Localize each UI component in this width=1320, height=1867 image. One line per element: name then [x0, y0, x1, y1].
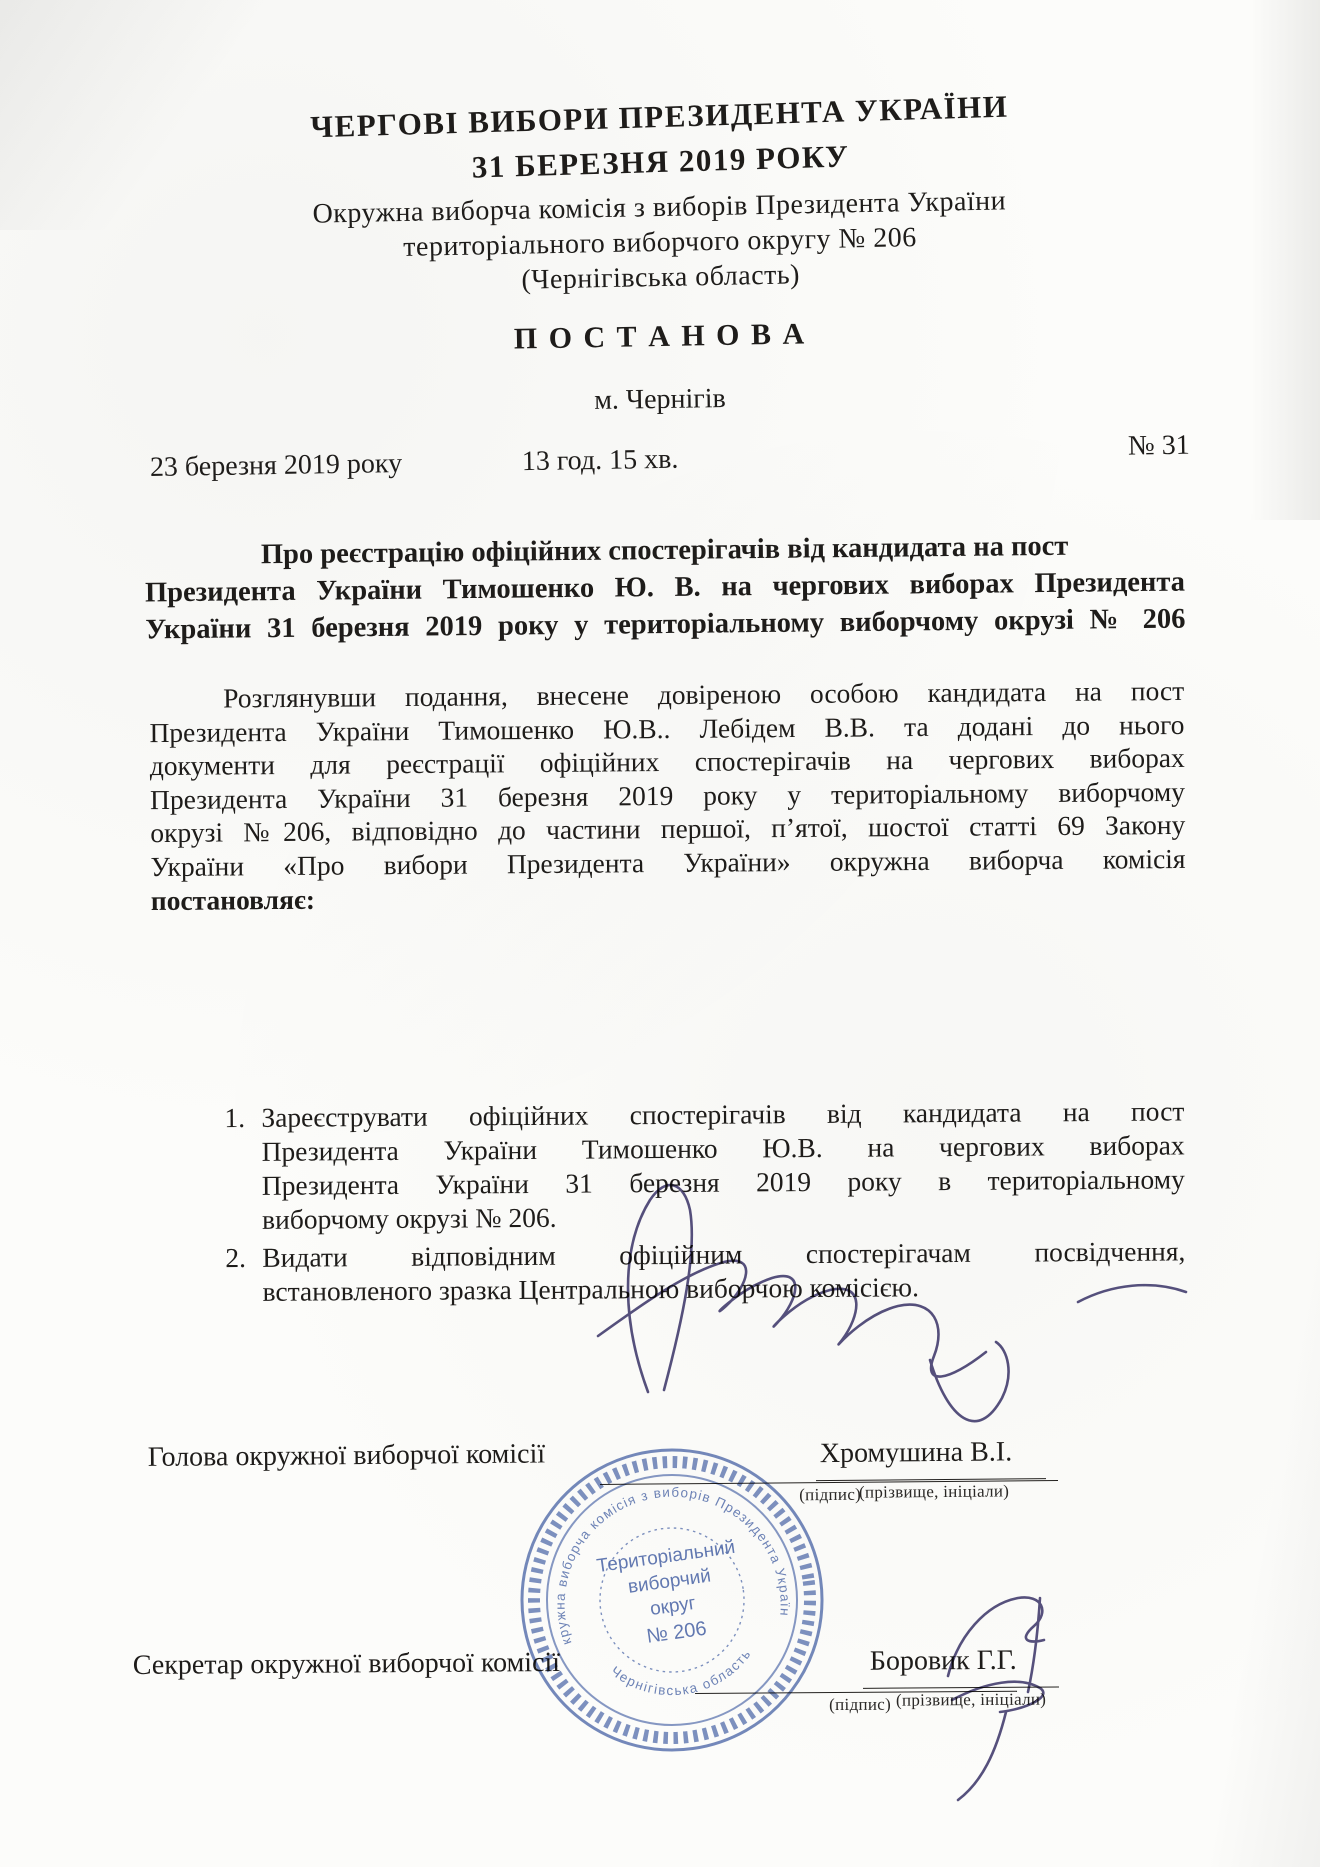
document-date: 23 березня 2019 року [150, 448, 403, 484]
document-time: 13 год. 15 хв. [522, 444, 679, 478]
resolution-item: 2. Видати відповідним офіційним спостері… [150, 1234, 1185, 1309]
signer-role: Голова окружної виборчої комісії [148, 1438, 546, 1473]
signature-row-secretary: Секретар окружної виборчої комісії (підп… [125, 1638, 1226, 1736]
signer-name: Хромушина В.І. [820, 1436, 1013, 1470]
signer-role: Секретар окружної виборчої комісії [133, 1647, 560, 1682]
name-underline [863, 1686, 1059, 1688]
commission-block: Окружна виборча комісія з виборів Презид… [139, 180, 1181, 305]
resolution-line: встановленого зразка Центральною виборчо… [262, 1268, 1185, 1308]
stamp-center-line1: Територіальний [595, 1537, 736, 1577]
resolution-line: виборчому окрузі № 206. [262, 1196, 1185, 1236]
subject-paragraph: Про реєстрацію офіційних спостерігачів в… [144, 527, 1185, 649]
name-label: (прізвище, ініціали) [871, 1689, 1071, 1710]
resolution-line: Президента України 31 березня 2019 року … [262, 1162, 1185, 1202]
document-page: ЧЕРГОВІ ВИБОРИ ПРЕЗИДЕНТА УКРАЇНИ 31 БЕР… [0, 0, 1320, 1867]
resolutions-list: 1. Зареєструвати офіційних спостерігачів… [149, 1094, 1185, 1313]
resolution-number: 2. [225, 1241, 246, 1275]
stamp-center-line2: виборчий [627, 1565, 713, 1597]
city-line: м. Чернігів [150, 377, 1170, 423]
scan-shadow-top-right [1250, 0, 1320, 520]
signer-name: Боровик Г.Г. [870, 1645, 1017, 1678]
document-number: № 31 [1128, 430, 1190, 463]
resolution-line: Видати відповідним офіційним спостерігач… [262, 1234, 1185, 1274]
name-label: (прізвище, ініціали) [828, 1481, 1040, 1503]
header: ЧЕРГОВІ ВИБОРИ ПРЕЗИДЕНТА УКРАЇНИ 31 БЕР… [149, 79, 1171, 199]
stamp-center-line3: округ [649, 1593, 697, 1620]
signature-row-head: Голова окружної виборчої комісії (підпис… [140, 1428, 1231, 1528]
document-type-title: П О С Т А Н О В А [150, 311, 1170, 363]
resolution-item: 1. Зареєструвати офіційних спостерігачів… [149, 1094, 1185, 1237]
body-paragraph: Розглянувши подання, внесене довіреною о… [149, 674, 1186, 917]
meta-row: 23 березня 2019 року 13 год. 15 хв. № 31 [150, 436, 1191, 492]
resolution-number: 1. [224, 1101, 245, 1135]
